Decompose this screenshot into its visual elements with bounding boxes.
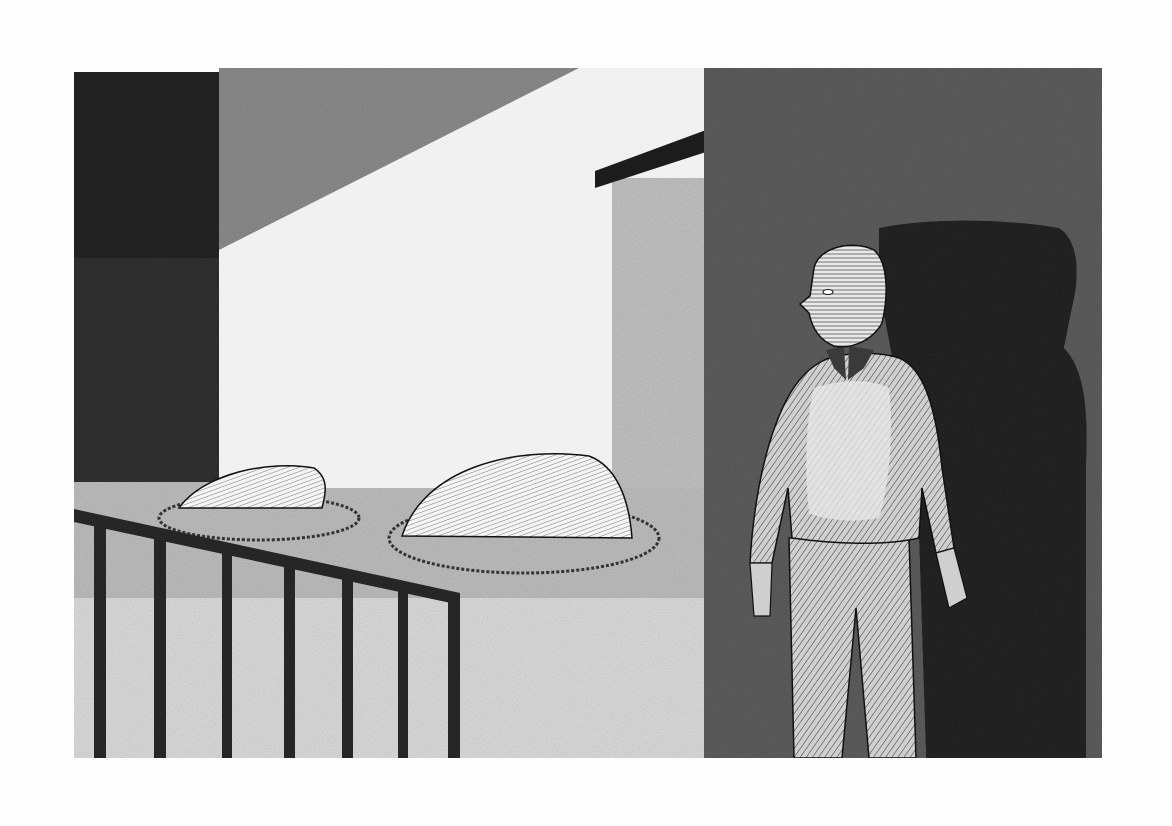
etching-scene xyxy=(74,68,1102,758)
artwork-print xyxy=(74,68,1102,758)
